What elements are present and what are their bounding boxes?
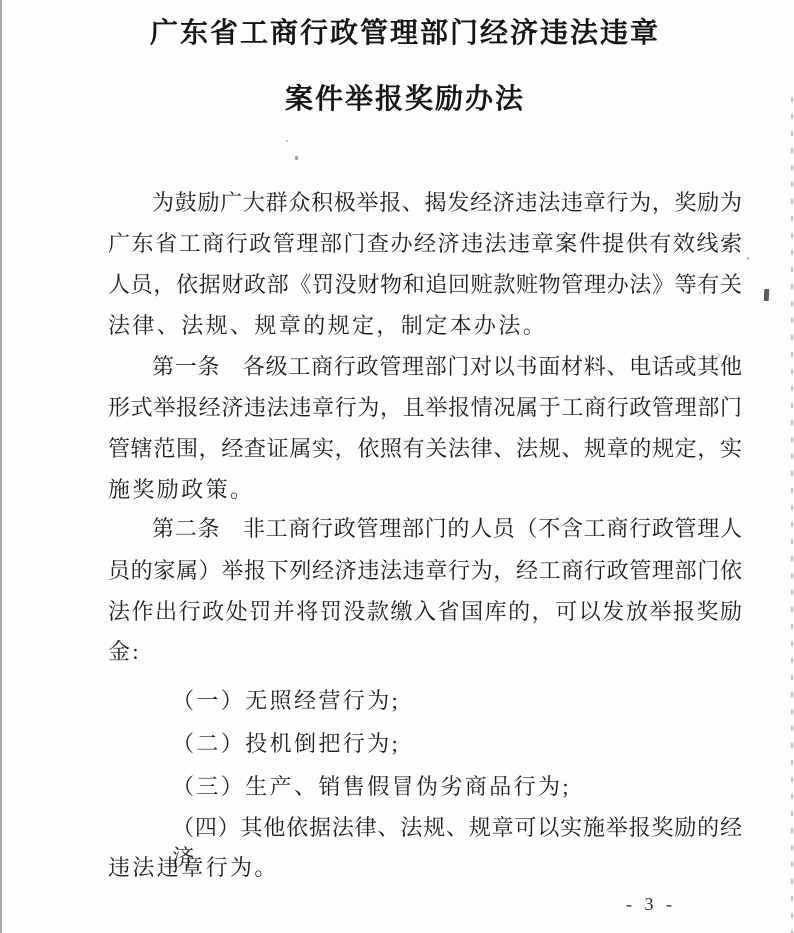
body-line: 法作出行政处罚并将罚没款缴入省国库的，可以发放举报奖励 (108, 597, 742, 627)
scan-speck (747, 257, 749, 260)
body-line: 施奖励政策。 (108, 475, 742, 505)
document-title-line-1: 广东省工商行政管理部门经济违法违章 (8, 14, 794, 52)
document-title-line-2: 案件举报奖励办法 (8, 80, 794, 118)
list-item-4: （四）其他依据法律、法规、规章可以实施举报奖励的经济 (108, 813, 742, 843)
list-item-3: （三）生产、销售假冒伪劣商品行为; (108, 772, 742, 802)
scan-left-edge-line (0, 0, 2, 933)
body-line: 管辖范围，经查证属实，依照有关法律、法规、规章的规定，实 (108, 434, 742, 464)
body-line: 人员，依据财政部《罚没财物和追回赃款赃物管理办法》等有关 (108, 270, 742, 300)
body-line-article-1: 第一条 各级工商行政管理部门对以书面材料、电话或其他 (108, 352, 742, 382)
body-line: 形式举报经济违法违章行为，且举报情况属于工商行政管理部门 (108, 393, 742, 423)
scanned-document-page: 广东省工商行政管理部门经济违法违章 案件举报奖励办法 为鼓励广大群众积极举报、揭… (0, 0, 794, 933)
list-item-1: （一）无照经营行为; (108, 686, 742, 716)
body-line-article-2: 第二条 非工商行政管理部门的人员（不含工商行政管理人 (108, 514, 742, 544)
scan-speck (286, 140, 288, 142)
body-line: 法律、法规、规章的规定，制定本办法。 (108, 311, 742, 341)
body-line: 违法违章行为。 (108, 853, 742, 883)
scan-right-edge-dashes (791, 85, 793, 933)
scan-speck (699, 292, 701, 294)
body-line: 广东省工商行政管理部门查办经济违法违章案件提供有效线索 (108, 229, 742, 259)
page-number: - 3 - (606, 894, 696, 915)
scan-smudge-mark (707, 354, 722, 364)
scan-ink-mark (764, 289, 770, 301)
body-line: 为鼓励广大群众积极举报、揭发经济违法违章行为，奖励为 (108, 188, 742, 218)
body-line: 员的家属）举报下列经济违法违章行为，经工商行政管理部门依 (108, 556, 742, 586)
scan-speck (295, 156, 298, 160)
body-line: 金: (108, 637, 742, 667)
list-item-2: （二）投机倒把行为; (108, 729, 742, 759)
